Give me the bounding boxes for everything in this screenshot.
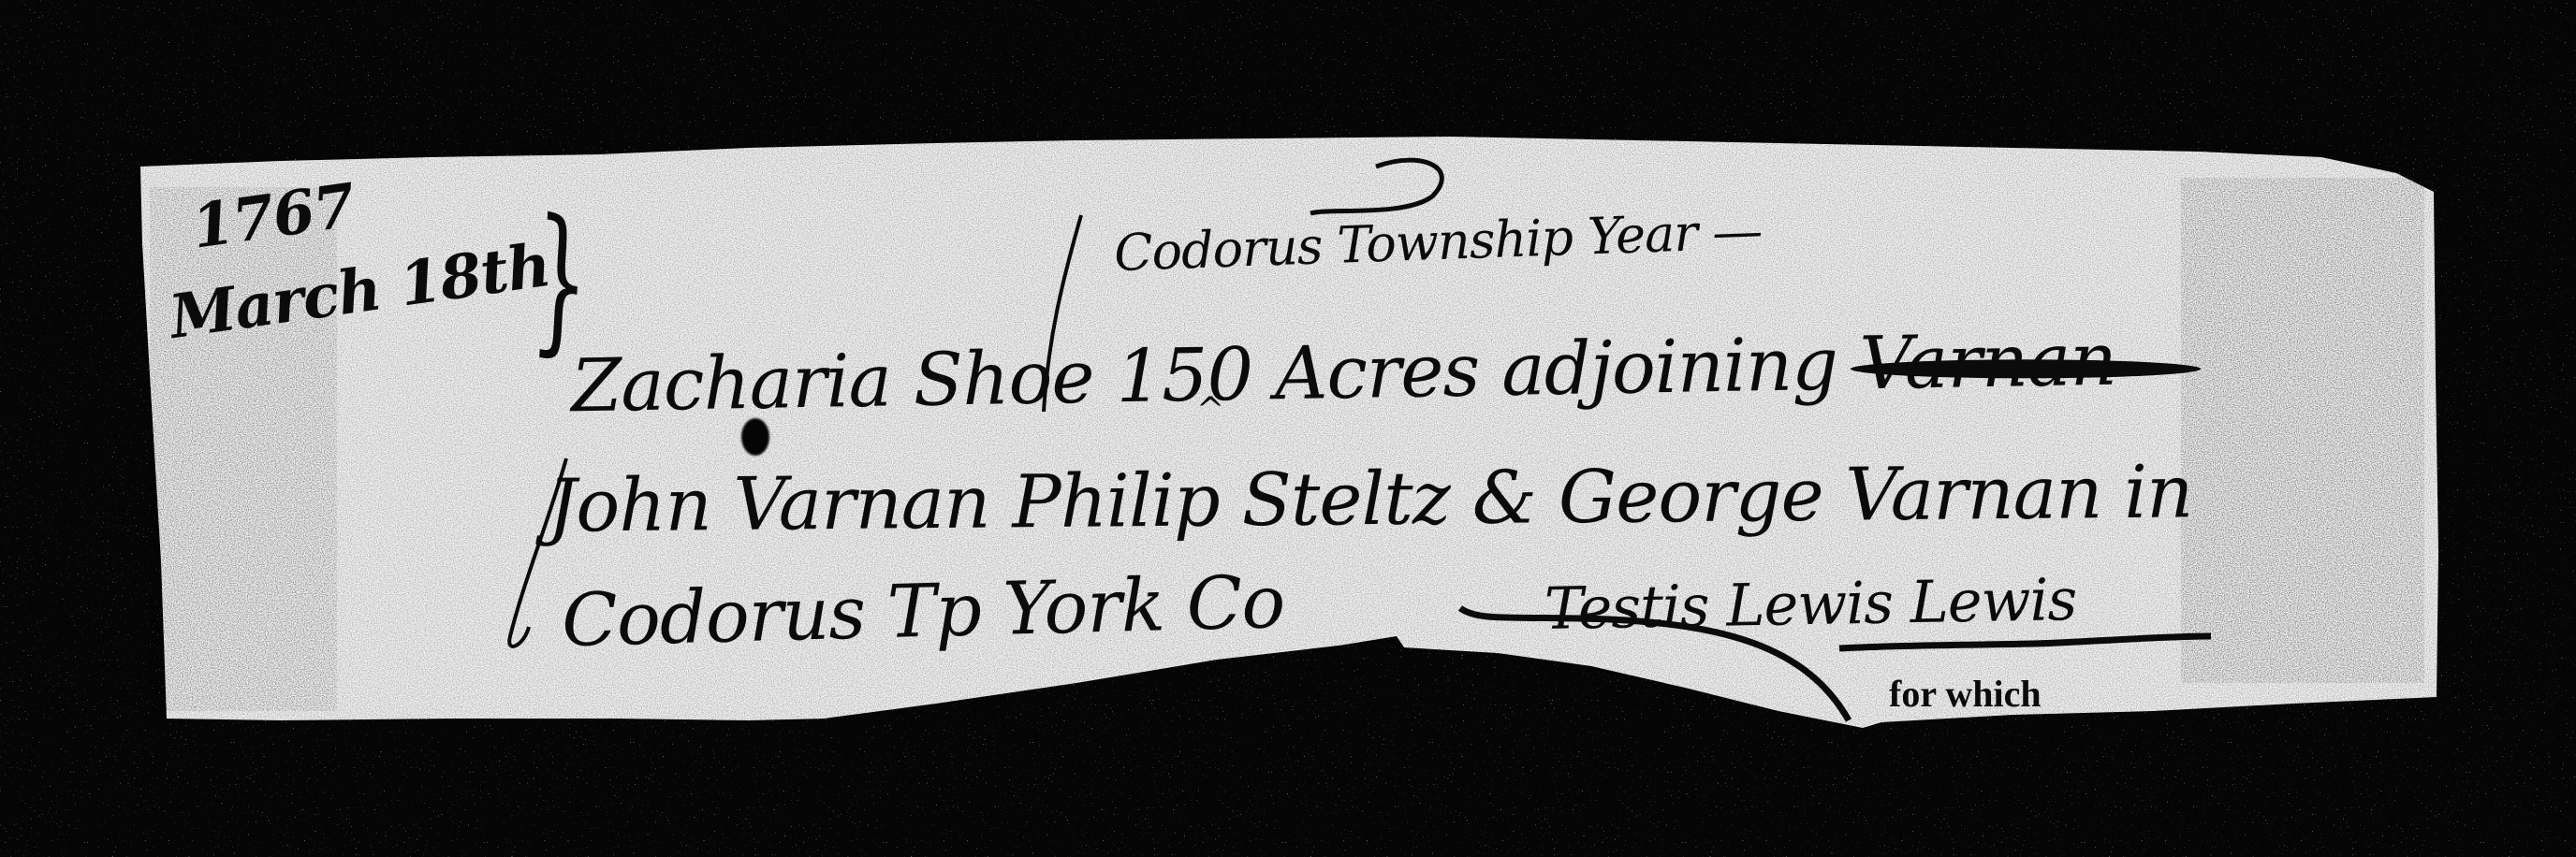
insertion-caret: ^ bbox=[1196, 391, 1224, 429]
date-brace: } bbox=[529, 196, 593, 365]
paper-background bbox=[0, 0, 2576, 857]
entry-line-3-location: Codorus Tp York Co bbox=[561, 566, 1285, 658]
witness-signature: Testis Lewis Lewis bbox=[1544, 571, 2077, 638]
struck-out-name: Varnan bbox=[1859, 324, 2116, 401]
printed-text-fragment: for which bbox=[1889, 672, 2042, 716]
document-scan: 1767 March 18th } Codorus Township Year … bbox=[0, 0, 2576, 857]
entry-line-2: John Varnan Philip Steltz & George Varna… bbox=[548, 456, 2193, 543]
ink-blot bbox=[741, 418, 769, 456]
